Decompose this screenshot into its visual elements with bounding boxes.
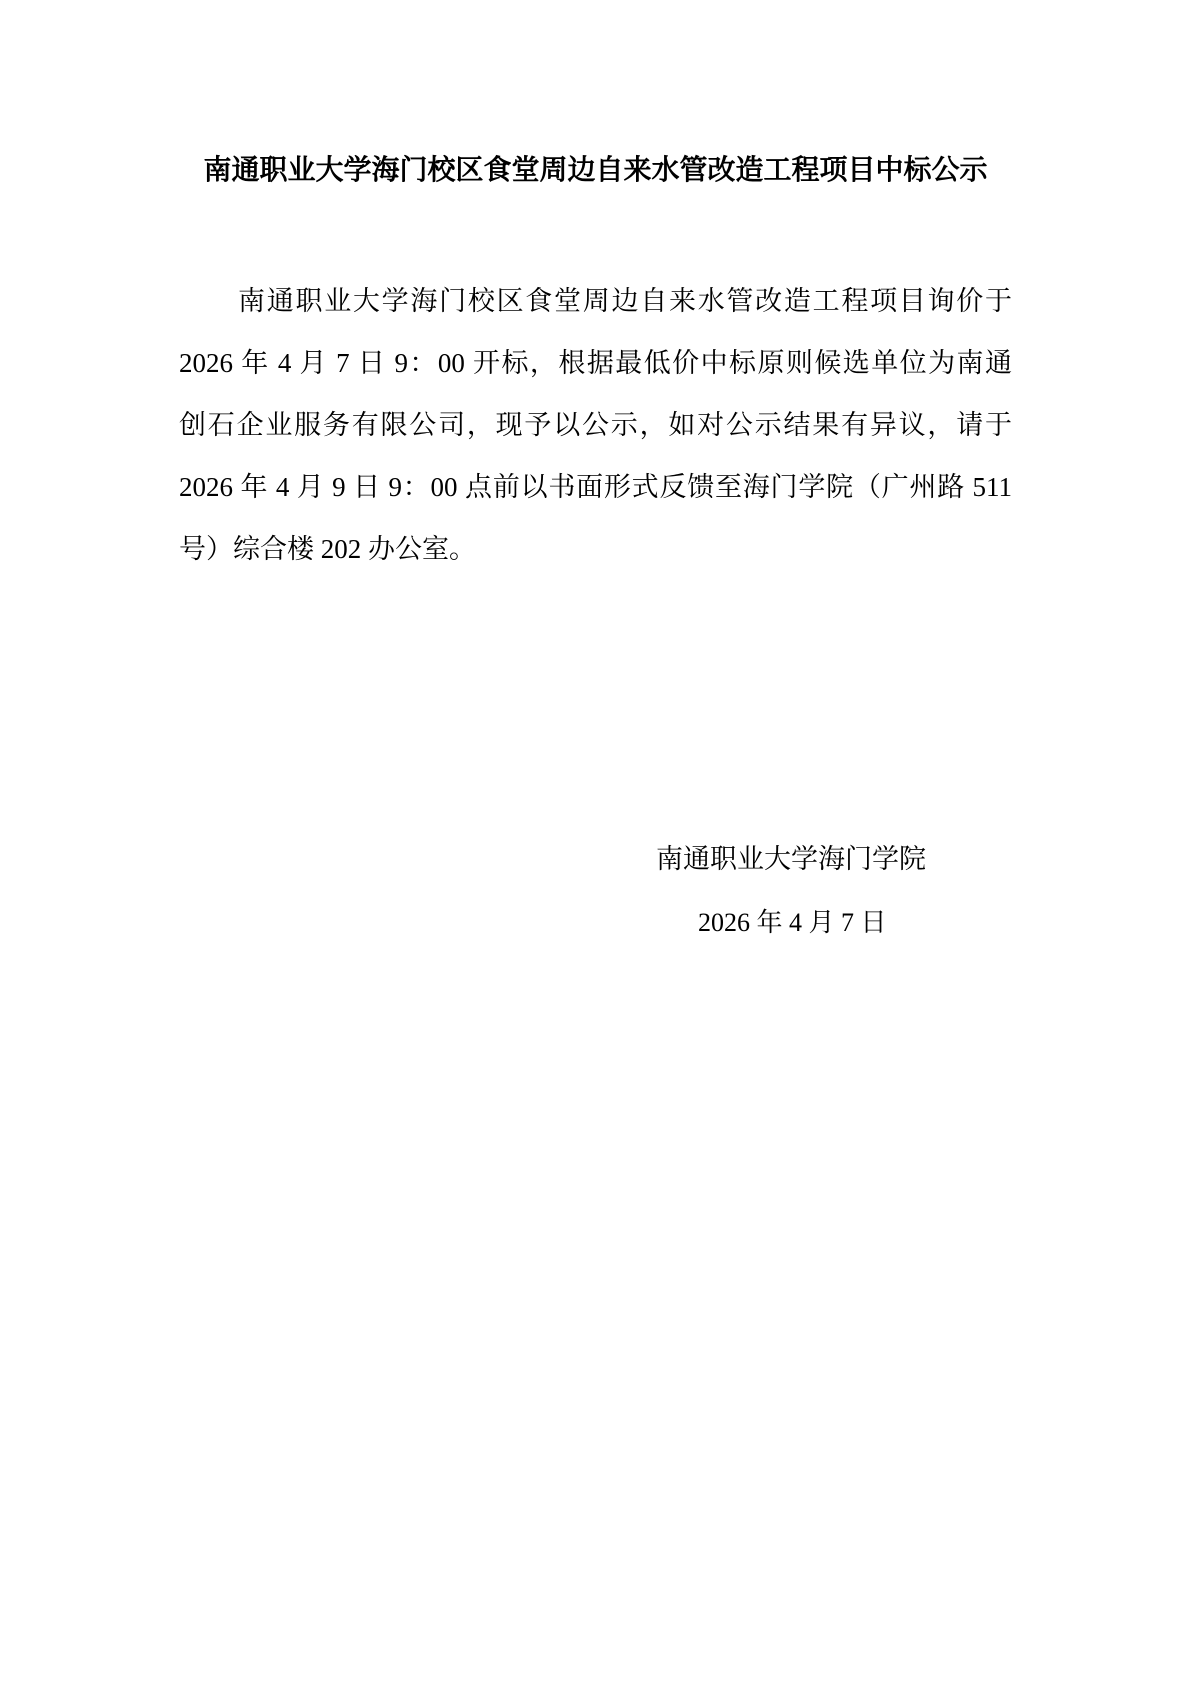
signature-organization: 南通职业大学海门学院 bbox=[656, 842, 926, 876]
body-paragraph: 南通职业大学海门校区食堂周边自来水管改造工程项目询价于 2026 年 4 月 7… bbox=[179, 270, 1012, 580]
document-title: 南通职业大学海门校区食堂周边自来水管改造工程项目中标公示 bbox=[0, 153, 1191, 189]
paragraph-line: 2026 年 4 月 9 日 9：00 点前以书面形式反馈至海门学院（广州路 5… bbox=[179, 456, 1012, 518]
paragraph-line: 2026 年 4 月 7 日 9：00 开标，根据最低价中标原则候选单位为南通 bbox=[179, 332, 1012, 394]
paragraph-line: 号）综合楼 202 办公室。 bbox=[179, 518, 1012, 580]
document-page: 南通职业大学海门校区食堂周边自来水管改造工程项目中标公示 南通职业大学海门校区食… bbox=[0, 0, 1191, 1684]
paragraph-line: 南通职业大学海门校区食堂周边自来水管改造工程项目询价于 bbox=[179, 270, 1012, 332]
signature-date: 2026 年 4 月 7 日 bbox=[698, 906, 887, 940]
paragraph-line: 创石企业服务有限公司，现予以公示，如对公示结果有异议，请于 bbox=[179, 394, 1012, 456]
